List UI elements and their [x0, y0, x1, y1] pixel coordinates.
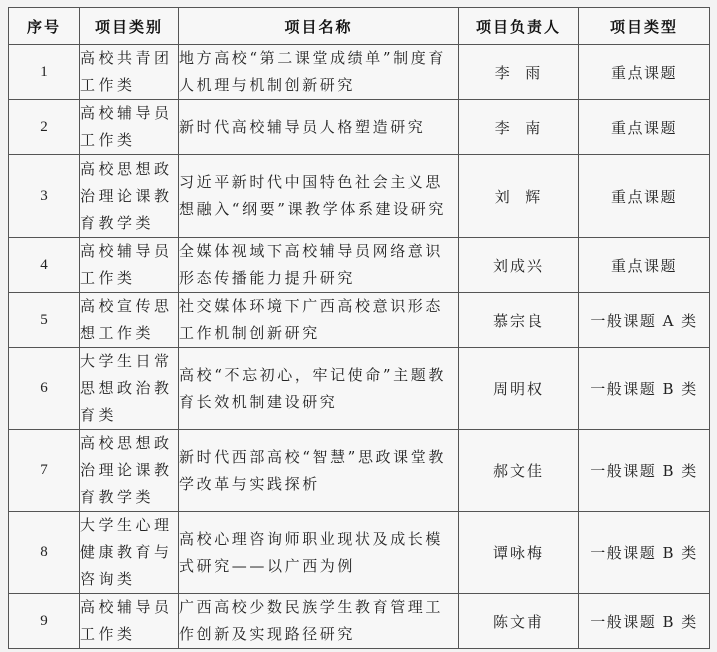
table-row: 8 大学生心理健康教育与咨询类 高校心理咨询师职业现状及成长模式研究——以广西为…	[9, 512, 710, 594]
cell-owner: 郝文佳	[459, 430, 579, 512]
cell-owner: 周明权	[459, 348, 579, 430]
cell-owner: 刘 辉	[459, 155, 579, 238]
cell-category: 大学生心理健康教育与咨询类	[80, 512, 179, 594]
project-table: 序号 项目类别 项目名称 项目负责人 项目类型 1 高校共青团工作类 地方高校“…	[8, 7, 710, 649]
header-category: 项目类别	[80, 8, 179, 45]
cell-category: 高校思想政治理论课教育教学类	[80, 155, 179, 238]
table-row: 1 高校共青团工作类 地方高校“第二课堂成绩单”制度育人机理与机制创新研究 李 …	[9, 45, 710, 100]
cell-seq: 2	[9, 100, 80, 155]
header-owner: 项目负责人	[459, 8, 579, 45]
cell-category: 高校宣传思想工作类	[80, 293, 179, 348]
cell-owner: 谭咏梅	[459, 512, 579, 594]
cell-category: 大学生日常思想政治教育类	[80, 348, 179, 430]
cell-category: 高校辅导员工作类	[80, 100, 179, 155]
cell-type: 一般课题 B 类	[579, 594, 710, 649]
cell-seq: 3	[9, 155, 80, 238]
cell-type: 一般课题 A 类	[579, 293, 710, 348]
cell-owner: 李 南	[459, 100, 579, 155]
cell-name: 全媒体视域下高校辅导员网络意识形态传播能力提升研究	[179, 238, 459, 293]
cell-category: 高校共青团工作类	[80, 45, 179, 100]
table-row: 9 高校辅导员工作类 广西高校少数民族学生教育管理工作创新及实现路径研究 陈文甫…	[9, 594, 710, 649]
cell-seq: 6	[9, 348, 80, 430]
cell-type: 重点课题	[579, 238, 710, 293]
cell-type: 重点课题	[579, 100, 710, 155]
cell-category: 高校辅导员工作类	[80, 594, 179, 649]
cell-seq: 4	[9, 238, 80, 293]
cell-category: 高校思想政治理论课教育教学类	[80, 430, 179, 512]
cell-seq: 5	[9, 293, 80, 348]
table-row: 2 高校辅导员工作类 新时代高校辅导员人格塑造研究 李 南 重点课题	[9, 100, 710, 155]
cell-name: 高校“不忘初心，牢记使命”主题教育长效机制建设研究	[179, 348, 459, 430]
cell-owner: 陈文甫	[459, 594, 579, 649]
cell-type: 一般课题 B 类	[579, 348, 710, 430]
table-row: 6 大学生日常思想政治教育类 高校“不忘初心，牢记使命”主题教育长效机制建设研究…	[9, 348, 710, 430]
cell-name: 高校心理咨询师职业现状及成长模式研究——以广西为例	[179, 512, 459, 594]
table-row: 3 高校思想政治理论课教育教学类 习近平新时代中国特色社会主义思想融入“纲要”课…	[9, 155, 710, 238]
table-row: 4 高校辅导员工作类 全媒体视域下高校辅导员网络意识形态传播能力提升研究 刘成兴…	[9, 238, 710, 293]
cell-seq: 1	[9, 45, 80, 100]
header-row: 序号 项目类别 项目名称 项目负责人 项目类型	[9, 8, 710, 45]
header-name: 项目名称	[179, 8, 459, 45]
cell-category: 高校辅导员工作类	[80, 238, 179, 293]
cell-type: 一般课题 B 类	[579, 512, 710, 594]
header-seq: 序号	[9, 8, 80, 45]
cell-type: 重点课题	[579, 45, 710, 100]
cell-type: 重点课题	[579, 155, 710, 238]
cell-name: 社交媒体环境下广西高校意识形态工作机制创新研究	[179, 293, 459, 348]
cell-name: 广西高校少数民族学生教育管理工作创新及实现路径研究	[179, 594, 459, 649]
cell-name: 新时代西部高校“智慧”思政课堂教学改革与实践探析	[179, 430, 459, 512]
cell-name: 新时代高校辅导员人格塑造研究	[179, 100, 459, 155]
cell-owner: 慕宗良	[459, 293, 579, 348]
table-row: 7 高校思想政治理论课教育教学类 新时代西部高校“智慧”思政课堂教学改革与实践探…	[9, 430, 710, 512]
cell-type: 一般课题 B 类	[579, 430, 710, 512]
cell-seq: 9	[9, 594, 80, 649]
cell-seq: 7	[9, 430, 80, 512]
cell-name: 习近平新时代中国特色社会主义思想融入“纲要”课教学体系建设研究	[179, 155, 459, 238]
cell-seq: 8	[9, 512, 80, 594]
cell-owner: 李 雨	[459, 45, 579, 100]
cell-owner: 刘成兴	[459, 238, 579, 293]
header-type: 项目类型	[579, 8, 710, 45]
cell-name: 地方高校“第二课堂成绩单”制度育人机理与机制创新研究	[179, 45, 459, 100]
table-row: 5 高校宣传思想工作类 社交媒体环境下广西高校意识形态工作机制创新研究 慕宗良 …	[9, 293, 710, 348]
